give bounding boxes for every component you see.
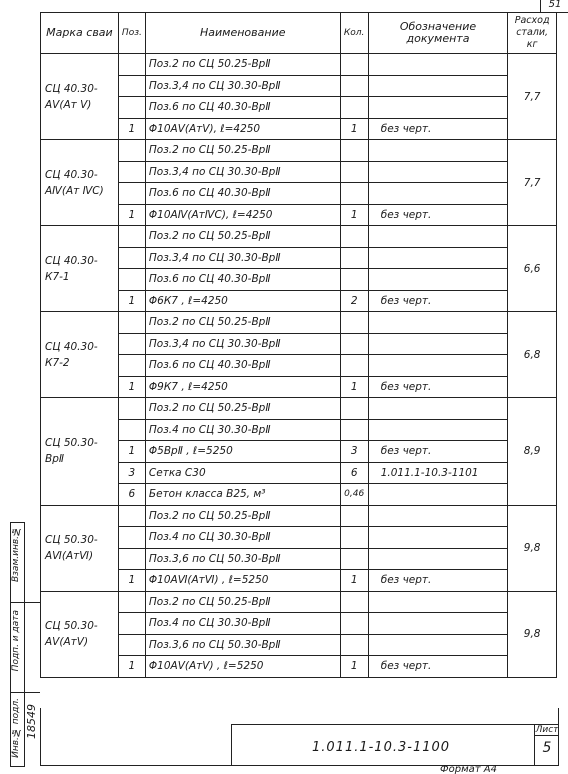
position-cell: 1 [118,376,145,398]
table-row: СЦ 50.30-АⅥ(AтⅥ)Поз.2 по СЦ 50.25-ВрⅡ9,8 [41,505,557,527]
table-row: Поз.4 по СЦ 30.30-ВрⅡ [41,419,557,441]
quantity-cell [340,527,368,549]
table-row: СЦ 40.30-АⅤ(Aт Ⅴ)Поз.2 по СЦ 50.25-ВрⅡ7,… [41,54,557,76]
position-cell [118,269,145,291]
document-cell: без черт. [368,376,508,398]
document-cell: без черт. [368,204,508,226]
document-cell: 1.011.1-10.3-1101 [368,462,508,484]
name-cell: Поз.4 по СЦ 30.30-ВрⅡ [145,419,340,441]
name-cell: Φ6К7 , ℓ=4250 [145,290,340,312]
quantity-cell [340,333,368,355]
name-cell: Поз.6 по СЦ 40.30-ВрⅡ [145,97,340,119]
name-cell: Поз.2 по СЦ 50.25-ВрⅡ [145,140,340,162]
quantity-cell [340,419,368,441]
table-body: СЦ 40.30-АⅤ(Aт Ⅴ)Поз.2 по СЦ 50.25-ВрⅡ7,… [41,54,557,678]
position-cell [118,247,145,269]
position-cell [118,591,145,613]
table-row: Поз.3,4 по СЦ 30.30-ВрⅡ [41,333,557,355]
table-row: 1Φ9К7 , ℓ=42501без черт. [41,376,557,398]
pile-mark: СЦ 40.30-К7-1 [41,226,119,312]
document-cell [368,226,508,248]
document-cell [368,613,508,635]
table-row: Поз.3,6 по СЦ 50.30-ВрⅡ [41,634,557,656]
pile-mark: СЦ 50.30-АⅥ(AтⅥ) [41,505,119,591]
document-cell [368,269,508,291]
quantity-cell [340,75,368,97]
position-cell [118,312,145,334]
position-cell: 1 [118,204,145,226]
title-block: 1.011.1-10.3-1100 Лист 5 [40,708,559,766]
stamp-box: 1.011.1-10.3-1100 Лист 5 [231,724,559,766]
quantity-cell [340,226,368,248]
pile-mark: СЦ 50.30-АⅤ(AтⅤ) [41,591,119,677]
name-cell: Поз.3,6 по СЦ 50.30-ВрⅡ [145,634,340,656]
header-name: Наименование [145,13,340,54]
quantity-cell [340,269,368,291]
sheet-label: Лист [535,725,559,736]
name-cell: Поз.6 по СЦ 40.30-ВрⅡ [145,269,340,291]
name-cell: Поз.3,4 по СЦ 30.30-ВрⅡ [145,75,340,97]
name-cell: Поз.2 по СЦ 50.25-ВрⅡ [145,398,340,420]
table-row: Поз.6 по СЦ 40.30-ВрⅡ [41,183,557,205]
table-row: Поз.3,6 по СЦ 50.30-ВрⅡ [41,548,557,570]
position-cell [118,613,145,635]
quantity-cell: 3 [340,441,368,463]
name-cell: Поз.4 по СЦ 30.30-ВрⅡ [145,527,340,549]
steel-mass: 6,6 [508,226,557,312]
quantity-cell [340,312,368,334]
name-cell: Φ9К7 , ℓ=4250 [145,376,340,398]
name-cell: Φ5ВрⅡ , ℓ=5250 [145,441,340,463]
table-row: 1Φ10AⅥ(AтⅥ) , ℓ=52501без черт. [41,570,557,592]
position-cell [118,75,145,97]
position-cell [118,419,145,441]
quantity-cell [340,505,368,527]
document-cell [368,75,508,97]
position-cell [118,398,145,420]
document-cell: без черт. [368,118,508,140]
quantity-cell [340,355,368,377]
document-cell [368,527,508,549]
steel-mass: 9,8 [508,591,557,677]
document-cell: без черт. [368,290,508,312]
name-cell: Φ10AⅤ(AтⅤ), ℓ=4250 [145,118,340,140]
table-row: 6Бетон класса В25, м³0,46 [41,484,557,506]
header-pos: Поз. [118,13,145,54]
document-cell [368,161,508,183]
position-cell [118,634,145,656]
table-row: Поз.3,4 по СЦ 30.30-ВрⅡ [41,75,557,97]
quantity-cell [340,247,368,269]
document-cell: без черт. [368,656,508,678]
name-cell: Поз.3,6 по СЦ 50.30-ВрⅡ [145,548,340,570]
sheet-cell: Лист 5 [534,725,559,766]
document-cell [368,355,508,377]
quantity-cell [340,398,368,420]
table-header-row: Марка сваи Поз. Наименование Кол. Обозна… [41,13,557,54]
table-row: Поз.6 по СЦ 40.30-ВрⅡ [41,269,557,291]
position-cell: 1 [118,656,145,678]
replace-inv-label: Взам.инв.№ [11,526,21,582]
sheet-number: 5 [535,740,559,756]
quantity-cell: 1 [340,376,368,398]
document-cell [368,54,508,76]
document-cell [368,140,508,162]
quantity-cell [340,140,368,162]
name-cell: Поз.6 по СЦ 40.30-ВрⅡ [145,355,340,377]
pile-mark: СЦ 40.30-АⅤ(Aт Ⅴ) [41,54,119,140]
table-row: СЦ 40.30-К7-2Поз.2 по СЦ 50.25-ВрⅡ6,8 [41,312,557,334]
position-cell: 1 [118,290,145,312]
table-row: СЦ 40.30-АⅣ(Aт ⅣС)Поз.2 по СЦ 50.25-ВрⅡ7… [41,140,557,162]
inv-number: 18549 [25,704,38,739]
document-cell [368,591,508,613]
position-cell: 1 [118,118,145,140]
position-cell [118,183,145,205]
quantity-cell [340,591,368,613]
pile-mark: СЦ 40.30-АⅣ(Aт ⅣС) [41,140,119,226]
quantity-cell: 6 [340,462,368,484]
position-cell [118,54,145,76]
quantity-cell [340,548,368,570]
format-label: Формат А4 [440,764,497,774]
quantity-cell: 1 [340,656,368,678]
position-cell [118,505,145,527]
quantity-cell [340,634,368,656]
position-cell [118,140,145,162]
document-cell [368,419,508,441]
table-row: Поз.6 по СЦ 40.30-ВрⅡ [41,97,557,119]
quantity-cell: 0,46 [340,484,368,506]
name-cell: Поз.3,4 по СЦ 30.30-ВрⅡ [145,161,340,183]
document-cell [368,484,508,506]
document-cell: без черт. [368,570,508,592]
document-cell [368,183,508,205]
table-row: 1Φ6К7 , ℓ=42502без черт. [41,290,557,312]
position-cell [118,548,145,570]
position-cell [118,333,145,355]
quantity-cell: 2 [340,290,368,312]
document-cell [368,247,508,269]
pile-mark: СЦ 40.30-К7-2 [41,312,119,398]
table-row: СЦ 50.30-АⅤ(AтⅤ)Поз.2 по СЦ 50.25-ВрⅡ9,8 [41,591,557,613]
name-cell: Бетон класса В25, м³ [145,484,340,506]
name-cell: Φ10AⅥ(AтⅥ) , ℓ=5250 [145,570,340,592]
name-cell: Поз.4 по СЦ 30.30-ВрⅡ [145,613,340,635]
position-cell [118,161,145,183]
position-cell [118,355,145,377]
specification-table: Марка сваи Поз. Наименование Кол. Обозна… [40,12,557,678]
position-cell: 1 [118,570,145,592]
name-cell: Поз.2 по СЦ 50.25-ВрⅡ [145,591,340,613]
steel-mass: 6,8 [508,312,557,398]
header-doc: Обозначение документа [368,13,508,54]
name-cell: Поз.2 по СЦ 50.25-ВрⅡ [145,54,340,76]
document-cell: без черт. [368,441,508,463]
position-cell: 1 [118,441,145,463]
name-cell: Поз.2 по СЦ 50.25-ВрⅡ [145,505,340,527]
quantity-cell: 1 [340,570,368,592]
quantity-cell [340,161,368,183]
position-cell: 3 [118,462,145,484]
document-cell [368,97,508,119]
pile-mark: СЦ 50.30-ВрⅡ [41,398,119,506]
quantity-cell [340,183,368,205]
header-mark: Марка сваи [41,13,119,54]
table-row: 3Сетка С3061.011.1-10.3-1101 [41,462,557,484]
side-margin: Взам.инв.№ Подп. и дата Инв.№ подл. 1854… [0,522,40,765]
name-cell: Поз.3,4 по СЦ 30.30-ВрⅡ [145,333,340,355]
document-cell [368,634,508,656]
name-cell: Поз.2 по СЦ 50.25-ВрⅡ [145,312,340,334]
quantity-cell [340,97,368,119]
table-row: 1Φ10AⅣ(AтⅣС), ℓ=42501без черт. [41,204,557,226]
name-cell: Φ10AⅣ(AтⅣС), ℓ=4250 [145,204,340,226]
sign-date-label: Подп. и дата [11,610,21,671]
table-row: 1Φ10AⅤ(AтⅤ) , ℓ=52501без черт. [41,656,557,678]
table-row: СЦ 40.30-К7-1Поз.2 по СЦ 50.25-ВрⅡ6,6 [41,226,557,248]
table-row: Поз.4 по СЦ 30.30-ВрⅡ [41,527,557,549]
header-qty: Кол. [340,13,368,54]
name-cell: Поз.2 по СЦ 50.25-ВрⅡ [145,226,340,248]
table-row: 1Φ5ВрⅡ , ℓ=52503без черт. [41,441,557,463]
document-code: 1.011.1-10.3-1100 [312,740,450,755]
table-row: Поз.6 по СЦ 40.30-ВрⅡ [41,355,557,377]
position-cell [118,527,145,549]
quantity-cell [340,54,368,76]
steel-mass: 9,8 [508,505,557,591]
name-cell: Поз.3,4 по СЦ 30.30-ВрⅡ [145,247,340,269]
table-row: Поз.4 по СЦ 30.30-ВрⅡ [41,613,557,635]
table-row: 1Φ10AⅤ(AтⅤ), ℓ=42501без черт. [41,118,557,140]
quantity-cell: 1 [340,204,368,226]
name-cell: Φ10AⅤ(AтⅤ) , ℓ=5250 [145,656,340,678]
document-cell [368,333,508,355]
steel-mass: 7,7 [508,140,557,226]
name-cell: Поз.6 по СЦ 40.30-ВрⅡ [145,183,340,205]
quantity-cell [340,613,368,635]
inv-orig-label: Инв.№ подл. [11,698,21,758]
document-cell [368,505,508,527]
document-cell [368,398,508,420]
quantity-cell: 1 [340,118,368,140]
table-row: СЦ 50.30-ВрⅡПоз.2 по СЦ 50.25-ВрⅡ8,9 [41,398,557,420]
table-row: Поз.3,4 по СЦ 30.30-ВрⅡ [41,247,557,269]
position-cell [118,226,145,248]
header-mass: Расход стали, кг [508,13,557,54]
position-cell [118,97,145,119]
document-cell [368,548,508,570]
position-cell: 6 [118,484,145,506]
document-cell [368,312,508,334]
name-cell: Сетка С30 [145,462,340,484]
table-row: Поз.3,4 по СЦ 30.30-ВрⅡ [41,161,557,183]
steel-mass: 7,7 [508,54,557,140]
steel-mass: 8,9 [508,398,557,506]
